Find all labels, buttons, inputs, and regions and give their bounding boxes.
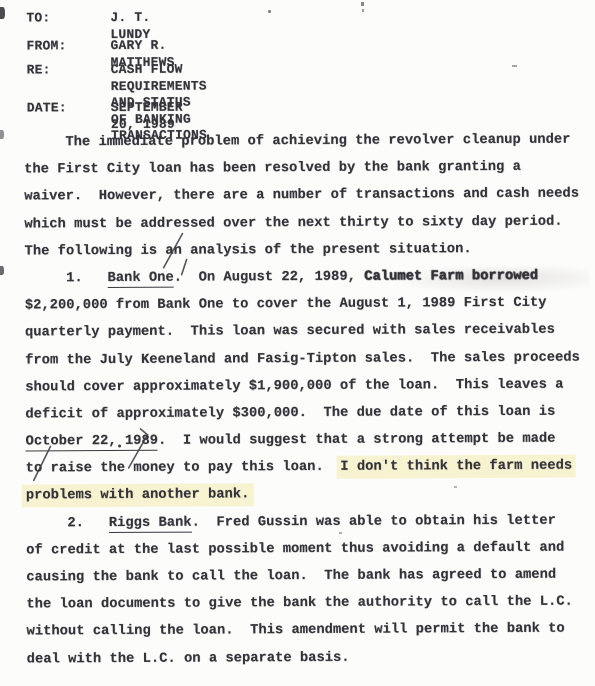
memo-line-4: which must be addressed over the next th… <box>24 208 586 238</box>
memo-line-9: from the July Keeneland and Fasig-Tipton… <box>25 344 587 374</box>
memo-line-6: 1. Bank One. On August 22, 1989, Calumet… <box>25 262 587 292</box>
memo-line-5: The following is an analysis of the pres… <box>24 235 586 265</box>
text-segment: quarterly payment. This loan was secured… <box>25 323 555 341</box>
text-segment: . Fred Gussin was able to obtain his let… <box>192 513 556 530</box>
text-segment: should cover approximately $1,900,000 of… <box>25 377 563 395</box>
memo-line-16: of credit at the last possible moment th… <box>26 534 588 564</box>
memo-line-7: $2,200,000 from Bank One to cover the Au… <box>25 290 587 320</box>
re-label: RE: <box>27 62 111 77</box>
text-segment: . On August 22, 1989, <box>174 270 365 286</box>
to-label: TO: <box>26 10 110 25</box>
text-segment: without calling the loan. This amendment… <box>26 622 564 640</box>
text-segment: The following is an analysis of the pres… <box>24 242 471 259</box>
memo-line-14: problems with another bank. <box>26 480 588 510</box>
from-label: FROM: <box>26 38 110 53</box>
text-segment: deal with the L.C. on a separate basis. <box>27 650 350 667</box>
text-segment: $2,200,000 from Bank One to cover the Au… <box>25 296 547 314</box>
text-segment: 2. <box>26 516 109 531</box>
text-segment: causing the bank to call the loan. The b… <box>26 568 556 586</box>
memo-line-8: quarterly payment. This loan was secured… <box>25 317 587 347</box>
scanned-memo-page: TO: J. T. LUNDY FROM: GARY R. MATTHEWS R… <box>0 0 595 686</box>
text-segment: 1. <box>25 271 108 286</box>
text-segment: waiver. However, there are a number of t… <box>24 187 579 205</box>
text-segment: Calumet Farm borrowed <box>364 269 538 285</box>
scan-content: TO: J. T. LUNDY FROM: GARY R. MATTHEWS R… <box>0 0 595 686</box>
text-segment: which must be addressed over the next th… <box>24 214 562 232</box>
text-segment: the loan documents to give the bank the … <box>26 595 573 613</box>
memo-line-18: the loan documents to give the bank the … <box>26 589 588 619</box>
memo-line-12: October 22, 1989. I would suggest that a… <box>25 426 587 456</box>
memo-line-13: to raise the money to pay this loan. I d… <box>26 453 588 483</box>
text-segment: of credit at the last possible moment th… <box>26 540 564 558</box>
underlined-text: Bank One <box>107 271 173 288</box>
memo-line-15: 2. Riggs Bank. Fred Gussin was able to o… <box>26 507 588 537</box>
memo-line-2: the First City loan has been resolved by… <box>24 154 586 184</box>
text-segment: The immediate problem of achieving the r… <box>24 133 571 151</box>
memo-line-17: causing the bank to call the loan. The b… <box>26 561 588 591</box>
memo-line-20: deal with the L.C. on a separate basis. <box>27 643 589 673</box>
memo-line-1: The immediate problem of achieving the r… <box>24 127 586 157</box>
memo-line-11: deficit of approximately $300,000. The d… <box>25 398 587 428</box>
memo-line-10: should cover approximately $1,900,000 of… <box>25 371 587 401</box>
memo-body: The immediate problem of achieving the r… <box>24 127 589 674</box>
text-segment: to raise the money to pay this loan. <box>26 460 341 477</box>
underlined-text: October 22, 1989 <box>25 434 158 452</box>
text-segment: the First City loan has been resolved by… <box>24 160 521 178</box>
underlined-text: Riggs Bank <box>109 515 192 532</box>
text-segment: from the July Keeneland and Fasig-Tipton… <box>25 350 580 368</box>
highlighted-text: problems with another bank. <box>22 484 254 508</box>
memo-line-3: waiver. However, there are a number of t… <box>24 181 586 211</box>
text-segment: deficit of approximately $300,000. The d… <box>25 405 555 423</box>
text-segment: . I would suggest that a strong attempt … <box>158 432 555 449</box>
memo-line-19: without calling the loan. This amendment… <box>26 616 588 646</box>
date-label: DATE: <box>27 100 111 115</box>
highlighted-text: I don't think the farm needs <box>336 455 576 479</box>
